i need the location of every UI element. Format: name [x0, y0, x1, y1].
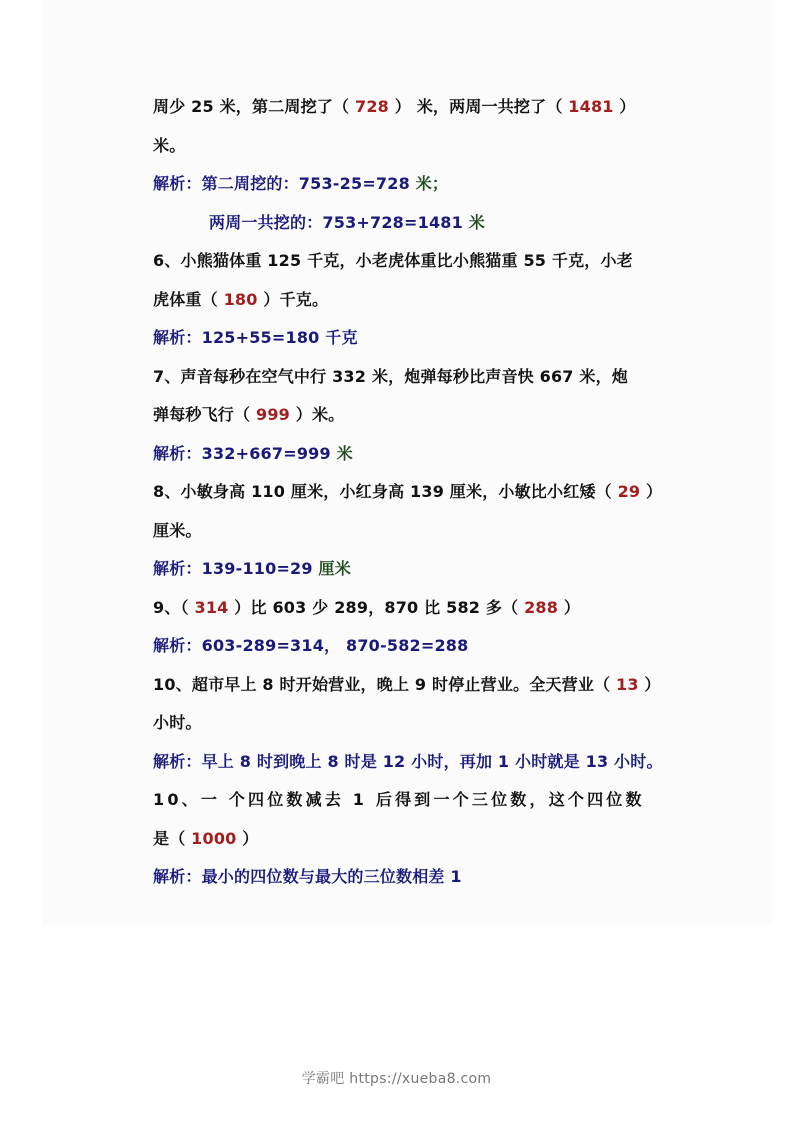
question-text: ）比 603 少 289，870 比 582 多（: [229, 598, 525, 617]
question-text: ）: [614, 97, 636, 116]
q5-line-1: 周少 25 米，第二周挖了（ 728 ） 米，两周一共挖了（ 1481 ）: [153, 88, 673, 127]
question-text: ）米。: [290, 405, 344, 424]
analysis-text: 139-110=29: [202, 559, 319, 578]
analysis-text: 第二周挖的：753-25=728: [202, 174, 416, 193]
analysis-label: 解析：: [153, 636, 202, 655]
document-content: 周少 25 米，第二周挖了（ 728 ） 米，两周一共挖了（ 1481 ） 米。…: [153, 88, 673, 897]
answer-value: 314: [195, 598, 229, 617]
question-text: ）: [237, 829, 259, 848]
question-text: ） 米，两周一共挖了（: [389, 97, 568, 116]
question-text: 米。: [153, 136, 185, 155]
q10b-analysis: 解析：最小的四位数与最大的三位数相差 1: [153, 858, 673, 897]
analysis-text: 两周一共挖的：753+728=1481: [209, 213, 469, 232]
q10a-analysis: 解析：早上 8 时到晚上 8 时是 12 小时，再加 1 小时就是 13 小时。: [153, 743, 673, 782]
question-text: 弹每秒飞行（: [153, 405, 256, 424]
question-text: 厘米。: [153, 521, 202, 540]
analysis-unit: 米: [337, 444, 353, 463]
q6-line-2: 虎体重（ 180 ）千克。: [153, 281, 673, 320]
q9-analysis: 解析：603-289=314， 870-582=288: [153, 627, 673, 666]
analysis-label: 解析：: [153, 867, 202, 886]
question-text: 10、超市早上 8 时开始营业，晚上 9 时停止营业。全天营业（: [153, 675, 616, 694]
q7-line-1: 7、声音每秒在空气中行 332 米，炮弹每秒比声音快 667 米，炮: [153, 358, 673, 397]
analysis-text: 332+667=999: [202, 444, 337, 463]
question-text: 周少 25 米，第二周挖了（: [153, 97, 355, 116]
q6-analysis: 解析：125+55=180 千克: [153, 319, 673, 358]
analysis-label: 解析：: [153, 328, 202, 347]
analysis-text: 603-289=314， 870-582=288: [202, 636, 469, 655]
analysis-unit: 厘米: [319, 559, 351, 578]
answer-value: 1000: [191, 829, 236, 848]
q6-line-1: 6、小熊猫体重 125 千克，小老虎体重比小熊猫重 55 千克，小老: [153, 242, 673, 281]
q10b-line-2: 是（ 1000 ）: [153, 820, 673, 859]
analysis-label: 解析：: [153, 752, 202, 771]
question-text: 7、声音每秒在空气中行 332 米，炮弹每秒比声音快 667 米，炮: [153, 367, 628, 386]
question-text: 是（: [153, 829, 191, 848]
question-text: ）千克。: [258, 290, 329, 309]
q7-analysis: 解析：332+667=999 米: [153, 435, 673, 474]
analysis-label: 解析：: [153, 444, 202, 463]
answer-value: 1481: [568, 97, 613, 116]
question-text: 6、小熊猫体重 125 千克，小老虎体重比小熊猫重 55 千克，小老: [153, 251, 633, 270]
answer-value: 999: [256, 405, 290, 424]
answer-value: 180: [224, 290, 258, 309]
q10a-line-2: 小时。: [153, 704, 673, 743]
analysis-label: 解析：: [153, 174, 202, 193]
q8-line-1: 8、小敏身高 110 厘米，小红身高 139 厘米，小敏比小红矮（ 29 ）: [153, 473, 673, 512]
analysis-label: 解析：: [153, 559, 202, 578]
q8-line-2: 厘米。: [153, 512, 673, 551]
q8-analysis: 解析：139-110=29 厘米: [153, 550, 673, 589]
question-text: 8、小敏身高 110 厘米，小红身高 139 厘米，小敏比小红矮（: [153, 482, 618, 501]
q5-analysis-2: 两周一共挖的：753+728=1481 米: [153, 204, 673, 243]
answer-value: 29: [618, 482, 641, 501]
question-text: 小时。: [153, 713, 202, 732]
answer-value: 728: [355, 97, 389, 116]
analysis-text: 125+55=180 千克: [202, 328, 358, 347]
question-text: ）: [640, 482, 662, 501]
analysis-unit: 米: [469, 213, 485, 232]
question-text: ）: [558, 598, 580, 617]
question-text: 9、（: [153, 598, 195, 617]
q9-line-1: 9、（ 314 ）比 603 少 289，870 比 582 多（ 288 ）: [153, 589, 673, 628]
answer-value: 13: [616, 675, 639, 694]
question-text: 虎体重（: [153, 290, 224, 309]
q10a-line-1: 10、超市早上 8 时开始营业，晚上 9 时停止营业。全天营业（ 13 ）: [153, 666, 673, 705]
answer-value: 288: [524, 598, 558, 617]
q7-line-2: 弹每秒飞行（ 999 ）米。: [153, 396, 673, 435]
q5-line-2: 米。: [153, 127, 673, 166]
q5-analysis-1: 解析：第二周挖的：753-25=728 米；: [153, 165, 673, 204]
footer-watermark: 学霸吧 https://xueba8.com: [0, 1068, 793, 1088]
q10b-line-1: 10、一 个四位数减去 1 后得到一个三位数，这个四位数: [153, 781, 673, 820]
analysis-text: 早上 8 时到晚上 8 时是 12 小时，再加 1 小时就是 13 小时。: [202, 752, 663, 771]
question-text: 10、一 个四位数减去 1 后得到一个三位数，这个四位数: [153, 790, 645, 809]
analysis-text: 最小的四位数与最大的三位数相差 1: [202, 867, 462, 886]
question-text: ）: [639, 675, 661, 694]
analysis-unit: 米；: [416, 174, 448, 193]
